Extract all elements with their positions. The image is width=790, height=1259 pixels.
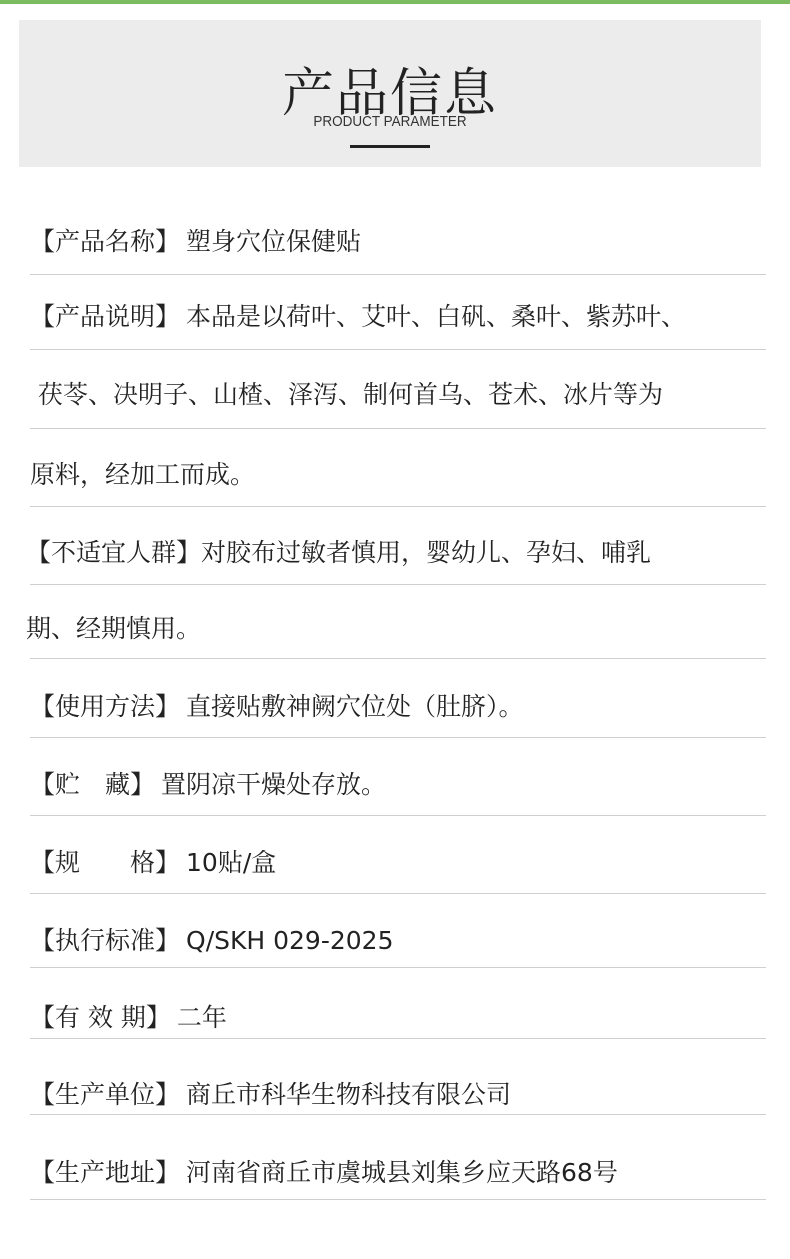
divider bbox=[30, 349, 766, 350]
row-label: 【使用方法】 bbox=[30, 687, 180, 723]
divider bbox=[30, 1199, 766, 1200]
header-panel: 产品信息 PRODUCT PARAMETER bbox=[19, 20, 761, 167]
row-value: 茯苓、决明子、山楂、泽泻、制何首乌、苍术、冰片等为 bbox=[38, 375, 663, 411]
row-value: 河南省商丘市虞城县刘集乡应天路68号 bbox=[186, 1153, 618, 1189]
row-usage: 【使用方法】直接贴敷神阙穴位处（肚脐）。 bbox=[30, 687, 766, 723]
divider bbox=[30, 815, 766, 816]
row-label: 【产品说明】 bbox=[30, 297, 180, 333]
row-label: 【生产单位】 bbox=[30, 1075, 180, 1111]
divider bbox=[30, 967, 766, 968]
row-address: 【生产地址】河南省商丘市虞城县刘集乡应天路68号 bbox=[30, 1153, 766, 1189]
row-value: 对胶布过敏者慎用，婴幼儿、孕妇、哺乳 bbox=[201, 533, 651, 569]
row-description-cont-2: 原料，经加工而成。 bbox=[30, 455, 766, 491]
divider bbox=[30, 1038, 766, 1039]
row-value: 本品是以荷叶、艾叶、白矾、桑叶、紫苏叶、 bbox=[186, 297, 686, 333]
row-label: 【有 效 期】 bbox=[30, 998, 171, 1034]
row-product-description: 【产品说明】本品是以荷叶、艾叶、白矾、桑叶、紫苏叶、 bbox=[30, 297, 766, 333]
row-specification: 【规 格】10贴/盒 bbox=[30, 843, 766, 879]
row-value: Q/SKH 029-2025 bbox=[186, 926, 393, 955]
divider bbox=[30, 1114, 766, 1115]
title-underline bbox=[350, 145, 430, 148]
divider bbox=[30, 428, 766, 429]
row-value: 原料，经加工而成。 bbox=[30, 455, 255, 491]
row-unsuitable-groups: 【不适宜人群】对胶布过敏者慎用，婴幼儿、孕妇、哺乳 bbox=[26, 533, 762, 569]
row-value: 二年 bbox=[177, 998, 227, 1034]
page-subtitle: PRODUCT PARAMETER bbox=[56, 113, 724, 130]
row-validity: 【有 效 期】二年 bbox=[30, 998, 766, 1034]
divider bbox=[30, 274, 766, 275]
row-value: 直接贴敷神阙穴位处（肚脐）。 bbox=[186, 687, 524, 723]
row-standard: 【执行标准】Q/SKH 029-2025 bbox=[30, 921, 766, 957]
row-value: 置阴凉干燥处存放。 bbox=[161, 765, 386, 801]
divider bbox=[30, 737, 766, 738]
row-label: 【规 格】 bbox=[30, 843, 180, 879]
divider bbox=[30, 658, 766, 659]
row-value: 商丘市科华生物科技有限公司 bbox=[186, 1075, 511, 1111]
row-description-cont-1: 茯苓、决明子、山楂、泽泻、制何首乌、苍术、冰片等为 bbox=[38, 375, 774, 411]
row-unsuitable-cont: 期、经期慎用。 bbox=[26, 609, 762, 645]
row-value: 10贴/盒 bbox=[186, 843, 276, 879]
divider bbox=[30, 893, 766, 894]
divider bbox=[30, 584, 766, 585]
row-manufacturer: 【生产单位】商丘市科华生物科技有限公司 bbox=[30, 1075, 766, 1111]
row-label: 【执行标准】 bbox=[30, 921, 180, 957]
row-label: 【生产地址】 bbox=[30, 1153, 180, 1189]
row-label: 【不适宜人群】 bbox=[26, 533, 201, 569]
divider bbox=[30, 506, 766, 507]
row-label: 【贮 藏】 bbox=[30, 765, 155, 801]
top-accent-bar bbox=[0, 0, 790, 4]
row-label: 【产品名称】 bbox=[30, 222, 180, 258]
row-storage: 【贮 藏】置阴凉干燥处存放。 bbox=[30, 765, 766, 801]
row-value: 塑身穴位保健贴 bbox=[186, 222, 361, 258]
row-value: 期、经期慎用。 bbox=[26, 609, 201, 645]
row-product-name: 【产品名称】塑身穴位保健贴 bbox=[30, 222, 766, 258]
